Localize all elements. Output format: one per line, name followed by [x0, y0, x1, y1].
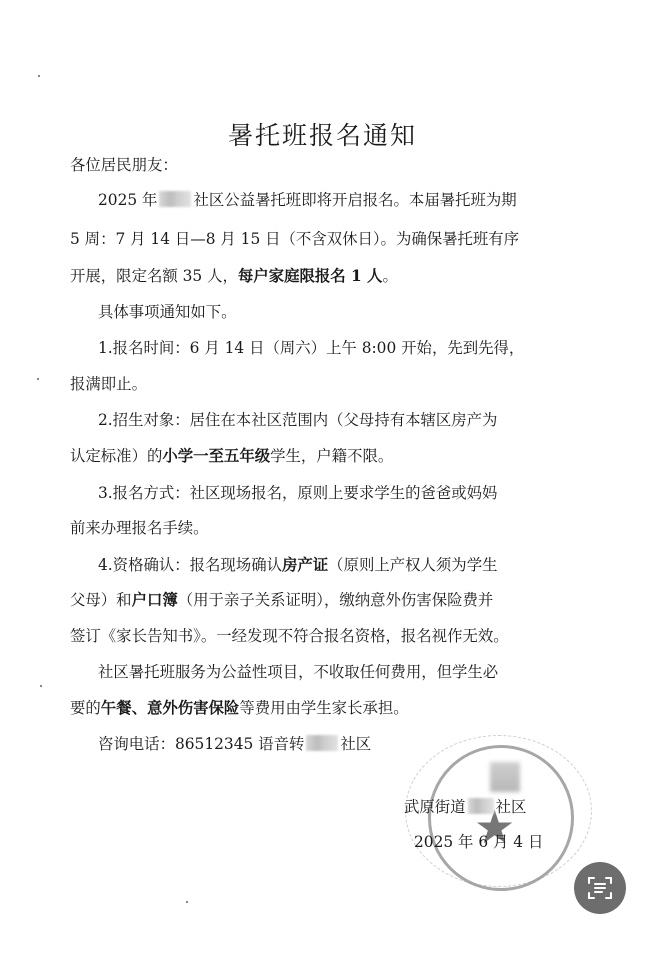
redacted-community-name	[306, 735, 338, 751]
document-title: 暑托班报名通知	[0, 116, 645, 152]
item-4-line-3: 签订《家长告知书》。一经发现不符合报名资格，报名视作无效。	[70, 626, 509, 646]
details-intro: 具体事项通知如下。	[98, 302, 237, 322]
scan-speck	[40, 685, 42, 687]
cost-line-2: 要的午餐、意外伤害保险等费用由学生家长承担。	[70, 698, 409, 718]
salutation: 各位居民朋友：	[70, 155, 178, 175]
intro-line-3: 开展，限定名额 35 人，每户家庭限报名 1 人。	[70, 266, 398, 286]
item-2-line-2: 认定标准）的小学一至五年级学生，户籍不限。	[70, 446, 393, 466]
item-4-line-2: 父母）和户口簿（用于亲子关系证明），缴纳意外伤害保险费并	[70, 590, 493, 610]
scan-speck	[38, 75, 40, 77]
item-1-line-1: 1.报名时间：6 月 14 日（周六）上午 8:00 开始，先到先得，	[98, 338, 524, 358]
item-3-line-1: 3.报名方式：社区现场报名，原则上要求学生的爸爸或妈妈	[98, 483, 497, 503]
scan-speck	[37, 378, 39, 380]
item-2-line-1: 2.招生对象：居住在本社区范围内（父母持有本辖区房产为	[98, 410, 497, 430]
redacted-community-name	[468, 798, 494, 814]
cost-line-1: 社区暑托班服务为公益性项目，不收取任何费用，但学生必	[98, 662, 498, 682]
signature-date: 2025 年 6 月 4 日	[414, 830, 543, 852]
redacted-seal-text	[490, 762, 520, 792]
contact-line: 咨询电话：86512345 语音转社区	[98, 734, 371, 754]
intro-line-2: 5 周：7 月 14 日—8 月 15 日（不含双休日）。为确保暑托班有序	[70, 229, 519, 249]
signature-org: 武原街道社区	[404, 795, 526, 817]
scan-speck	[186, 901, 188, 903]
redacted-community-name	[159, 191, 191, 207]
item-3-line-2: 前来办理报名手续。	[70, 518, 209, 538]
text-scan-button[interactable]	[574, 862, 626, 914]
item-1-line-2: 报满即止。	[70, 374, 147, 394]
intro-line-1: 2025 年社区公益暑托班即将开启报名。本届暑托班为期	[98, 190, 517, 210]
item-4-line-1: 4.资格确认：报名现场确认房产证（原则上产权人须为学生	[98, 555, 497, 575]
text-scan-icon	[587, 875, 613, 901]
